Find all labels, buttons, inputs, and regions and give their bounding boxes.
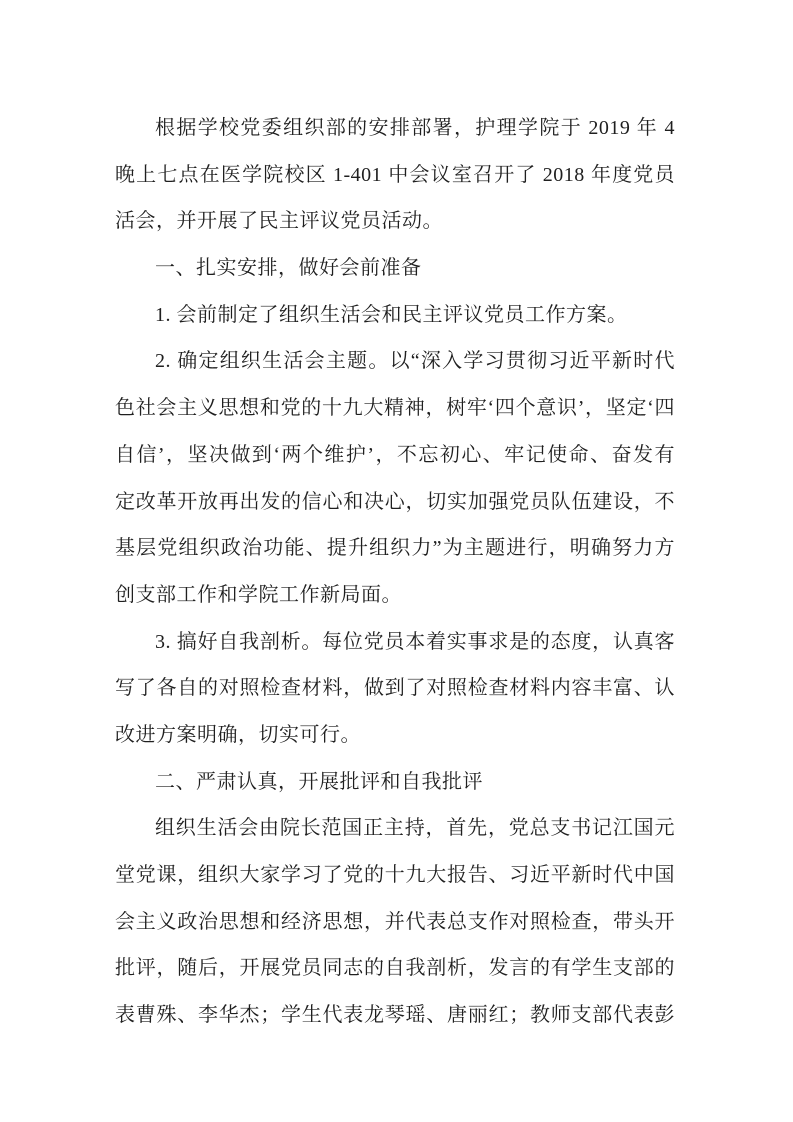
paragraph: 二、严肃认真，开展批评和自我批评 <box>115 759 675 806</box>
paragraph: 一、扎实安排，做好会前准备 <box>115 245 675 292</box>
text-line: 组织生活会由院长范国正主持，首先，党总支书记江国元上了一 <box>115 805 675 852</box>
paragraph: 根据学校党委组织部的安排部署，护理学院于 2019 年 4 月 3 日 晚上七点… <box>115 105 675 245</box>
text-line: 创支部工作和学院工作新局面。 <box>115 572 675 619</box>
text-line: 表曹殊、李华杰；学生代表龙琴瑶、唐丽红；教师支部代表彭海然、 <box>115 992 675 1039</box>
text-line: 会主义政治思想和经济思想，并代表总支作对照检查，带头开展自我 <box>115 899 675 946</box>
text-line: 定改革开放再出发的信心和决心，切实加强党员队伍建设，不断强化 <box>115 479 675 526</box>
document-page: 根据学校党委组织部的安排部署，护理学院于 2019 年 4 月 3 日 晚上七点… <box>0 0 793 1122</box>
text-line: 3. 搞好自我剖析。每位党员本着实事求是的态度，认真客观地撰 <box>115 619 675 666</box>
text-line: 自信’，坚决做到‘两个维护’，不忘初心、牢记使命、奋发有为，坚 <box>115 432 675 479</box>
section-heading: 一、扎实安排，做好会前准备 <box>115 245 675 292</box>
paragraph: 组织生活会由院长范国正主持，首先，党总支书记江国元上了一 堂党课，组织大家学习了… <box>115 805 675 1038</box>
text-line: 1. 会前制定了组织生活会和民主评议党员工作方案。 <box>115 292 675 339</box>
text-line: 2. 确定组织生活会主题。以“深入学习贯彻习近平新时代中国特 <box>115 338 675 385</box>
paragraph: 2. 确定组织生活会主题。以“深入学习贯彻习近平新时代中国特 色社会主义思想和党… <box>115 338 675 618</box>
text-line: 色社会主义思想和党的十九大精神，树牢‘四个意识’，坚定‘四个 <box>115 385 675 432</box>
text-line: 活会，并开展了民主评议党员活动。 <box>115 198 675 245</box>
text-line: 基层党组织政治功能、提升组织力”为主题进行，明确努力方向，开 <box>115 525 675 572</box>
text-line: 晚上七点在医学院校区 1-401 中会议室召开了 2018 年度党员组织生 <box>115 152 675 199</box>
section-heading: 二、严肃认真，开展批评和自我批评 <box>115 759 675 806</box>
text-line: 批评，随后，开展党员同志的自我剖析，发言的有学生支部的教师代 <box>115 945 675 992</box>
text-line: 堂党课，组织大家学习了党的十九大报告、习近平新时代中国特色社 <box>115 852 675 899</box>
paragraph: 3. 搞好自我剖析。每位党员本着实事求是的态度，认真客观地撰 写了各自的对照检查… <box>115 619 675 759</box>
text-line: 写了各自的对照检查材料，做到了对照检查材料内容丰富、认识深刻， <box>115 665 675 712</box>
paragraph: 1. 会前制定了组织生活会和民主评议党员工作方案。 <box>115 292 675 339</box>
text-line: 改进方案明确，切实可行。 <box>115 712 675 759</box>
document-body: 根据学校党委组织部的安排部署，护理学院于 2019 年 4 月 3 日 晚上七点… <box>115 105 675 1039</box>
text-line: 根据学校党委组织部的安排部署，护理学院于 2019 年 4 月 3 日 <box>115 105 675 152</box>
